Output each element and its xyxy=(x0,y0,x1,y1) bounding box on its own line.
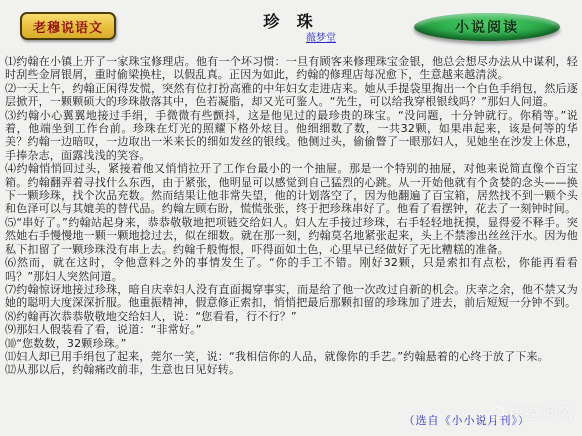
article-header: 老穆说语文 珍 珠 薇梦堂 小说阅读 xyxy=(0,0,582,50)
story-paragraph: ⑴约翰在小镇上开了一家珠宝修理店。他有一个坏习惯：一旦有顾客来修理珠宝金银，他总… xyxy=(5,55,578,82)
story-paragraph: ⑶约翰小心翼翼地接过手绢，手微微有些颤抖，这是他见过的最珍贵的珠宝。“没问题，十… xyxy=(5,109,578,163)
article-image-page: 老穆说语文 珍 珠 薇梦堂 小说阅读 ⑴约翰在小镇上开了一家珠宝修理店。他有一个… xyxy=(0,0,582,436)
story-paragraph: ⑸“串好了。”约翰站起身来，恭恭敬敬地把项链交给妇人。妇人左手接过珍珠，右手轻轻… xyxy=(5,216,578,256)
story-paragraph: ⑷约翰悄悄回过头，紧接着他又悄悄拉开了工作台最小的一个抽屉。那是一个特别的抽屉，… xyxy=(5,162,578,216)
story-paragraph: ⑹然而，就在这时，令他意料之外的事情发生了。“你的手工不错。刚好32颗，只是索扣… xyxy=(5,256,578,283)
story-paragraph: ⑻约翰再次恭恭敬敬地交给妇人，说：“您看看，行不行？” xyxy=(5,310,578,323)
story-paragraph: ⑺约翰惊讶地接过珍珠，暗自庆幸妇人没有直面揭穿事实，而是给了他一次改过自新的机会… xyxy=(5,283,578,310)
story-paragraph: ⑾妇人却已用手绢包了起来，莞尔一笑，说：“我相信你的人品，就像你的手艺。”约翰悬… xyxy=(5,350,578,363)
category-badge-label: 小说阅读 xyxy=(455,17,519,37)
story-paragraph: ⑿从那以后，约翰痛改前非，生意也日见好转。 xyxy=(5,363,578,376)
source-attribution: （选自《小小说月刊》） xyxy=(404,412,531,428)
story-paragraph: ⑼那妇人假装看了看，说道：“非常好。” xyxy=(5,323,578,336)
story-text: ⑴约翰在小镇上开了一家珠宝修理店。他有一个坏习惯：一旦有顾客来修理珠宝金银，他总… xyxy=(5,55,578,377)
story-paragraph: ⑵一天上午，约翰正闲得发慌，突然有位打扮高雅的中年妇女走进店来。她从手提袋里掏出… xyxy=(5,82,578,109)
category-badge: 小说阅读 xyxy=(414,13,560,41)
story-paragraph: ⑽“您数数，32颗珍珠。” xyxy=(5,337,578,350)
